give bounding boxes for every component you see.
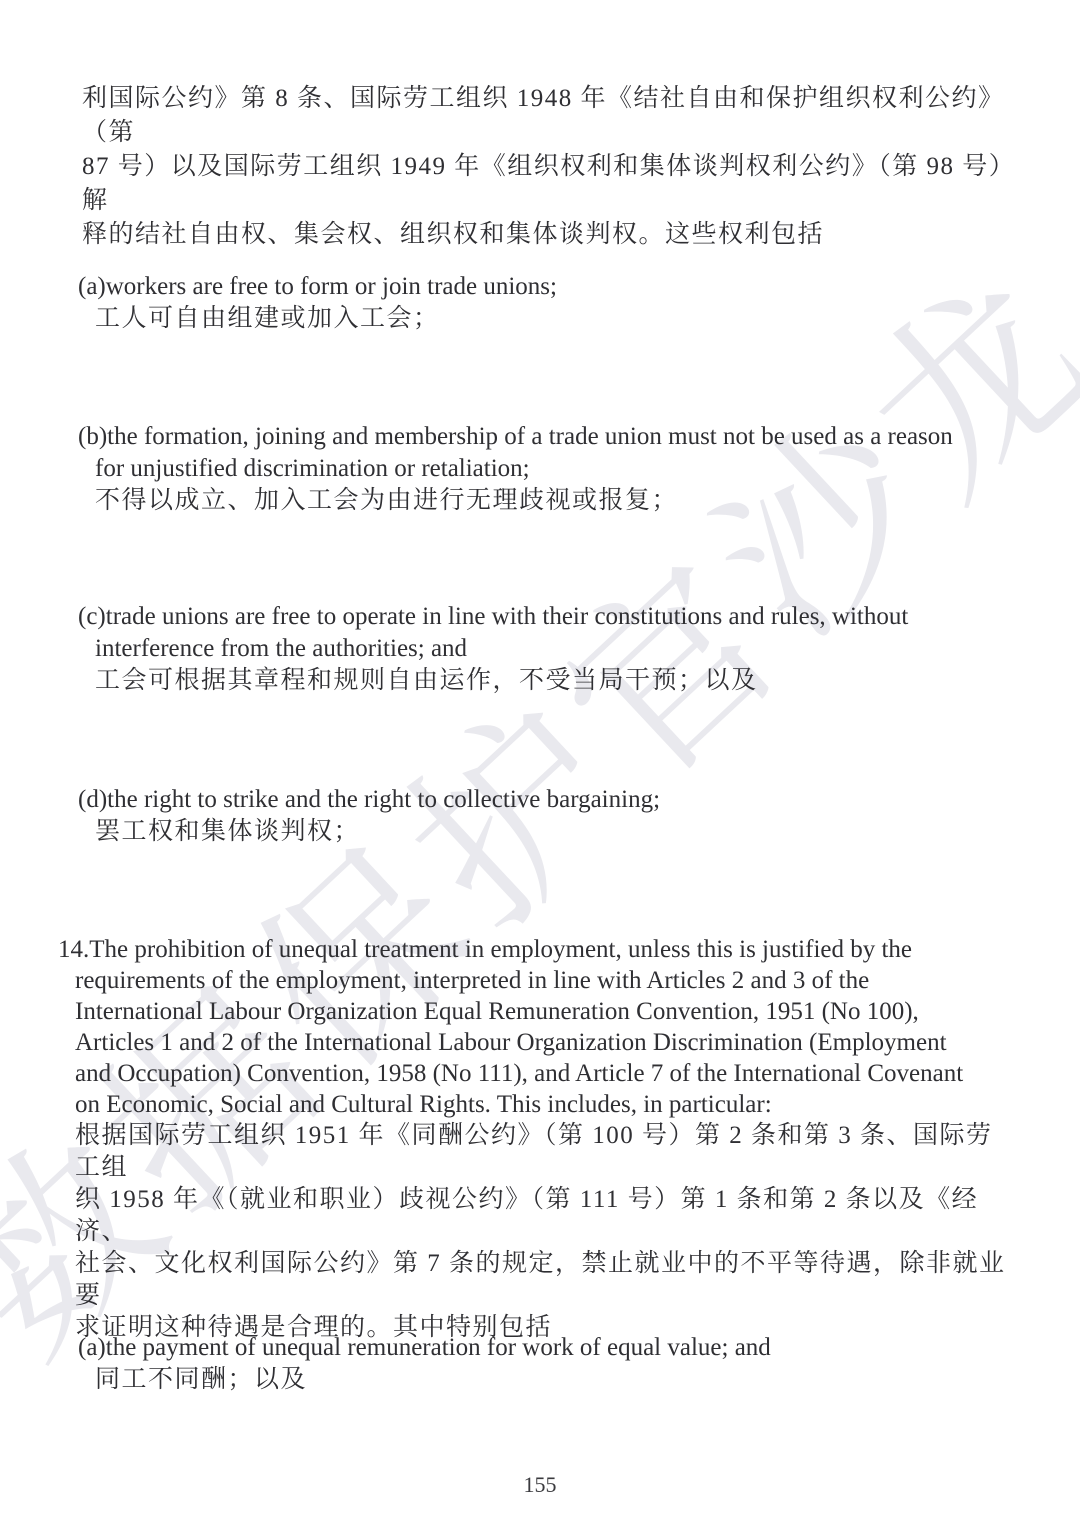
list-item-d-zh: 罢工权和集体谈判权； <box>0 816 1012 848</box>
list-item-b-zh: 不得以成立、加入工会为由进行无理歧视或报复； <box>0 485 1012 517</box>
list-item-a-zh: 工人可自由组建或加入工会； <box>0 303 1012 335</box>
list-item-c-zh: 工会可根据其章程和规则自由运作，不受当局干预；以及 <box>0 665 1012 697</box>
intro-paragraph: 利国际公约》第 8 条、国际劳工组织 1948 年《结社自由和保护组织权利公约》… <box>0 82 1012 252</box>
list-item-a-en: (a)workers are free to form or join trad… <box>0 271 1012 303</box>
numbered-item-14-zh: 根据国际劳工组织 1951 年《同酬公约》（第 100 号）第 2 条和第 3 … <box>0 1120 1012 1344</box>
list-item-d: (d)the right to strike and the right to … <box>0 784 1012 848</box>
list-item-d-en: (d)the right to strike and the right to … <box>0 784 1012 816</box>
list-item-b: (b)the formation, joining and membership… <box>0 421 1012 517</box>
page-number: 155 <box>0 1472 1080 1498</box>
list-item-b-en: (b)the formation, joining and membership… <box>0 421 1012 485</box>
list-item-c: (c)trade unions are free to operate in l… <box>0 601 1012 697</box>
numbered-item-14-en: 14.The prohibition of unequal treatment … <box>0 934 1012 1120</box>
document-page: 数据保护官沙龙 利国际公约》第 8 条、国际劳工组织 1948 年《结社自由和保… <box>0 0 1080 1527</box>
equal-pay-item-a-zh: 同工不同酬；以及 <box>0 1364 1012 1396</box>
list-item-c-en: (c)trade unions are free to operate in l… <box>0 601 1012 665</box>
list-item-a: (a)workers are free to form or join trad… <box>0 271 1012 335</box>
intro-paragraph-zh: 利国际公约》第 8 条、国际劳工组织 1948 年《结社自由和保护组织权利公约》… <box>0 82 1012 252</box>
numbered-item-14: 14.The prohibition of unequal treatment … <box>0 934 1012 1344</box>
equal-pay-item-a-en: (a)the payment of unequal remuneration f… <box>0 1332 1012 1364</box>
equal-pay-item-a: (a)the payment of unequal remuneration f… <box>0 1332 1012 1396</box>
